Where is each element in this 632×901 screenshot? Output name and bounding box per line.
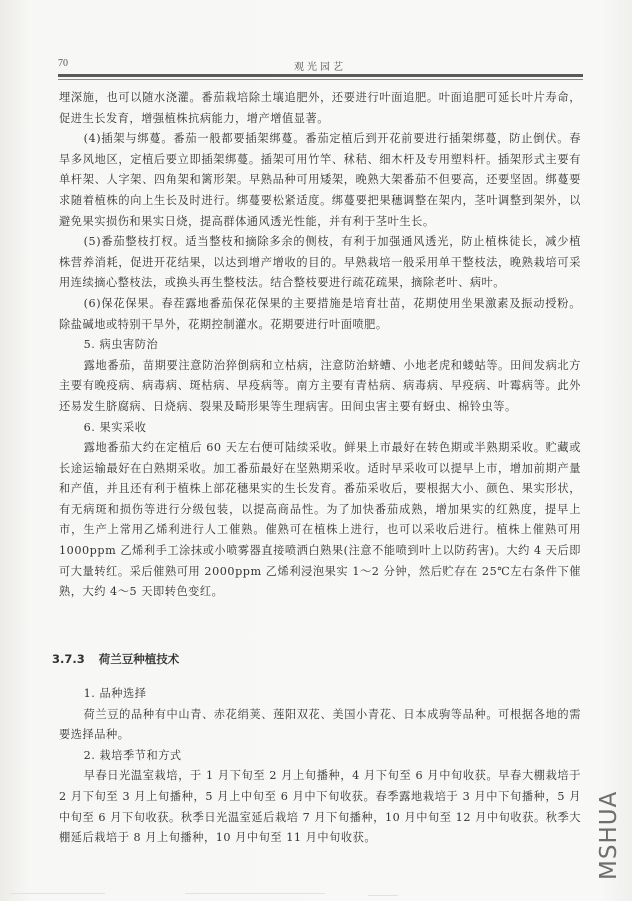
running-title: 观光园艺 <box>58 58 582 73</box>
paragraph-pest-control: 露地番茄，苗期要注意防治猝倒病和立枯病，注意防治蛴螬、小地老虎和蝼蛄等。田间发病… <box>59 356 581 418</box>
watermark: MSHUA <box>596 791 622 880</box>
body-text-bottom: 1. 品种选择 荷兰豆的品种有中山青、赤花绢荚、莲阳双花、美国小青花、日本成驹等… <box>59 684 581 849</box>
paragraph-stake-and-tie: (4)插架与绑蔓。番茄一般都要插架绑蔓。番茄定植后到开花前要进行插架绑蔓，防止倒… <box>59 129 581 232</box>
paragraph-pruning: (5)番茄整枝打杈。适当整枝和摘除多余的侧枝，有利于加强通风透光，防止植株徒长，… <box>59 232 581 294</box>
paragraph-cultivation-season: 早春日光温室栽培，于 1 月下旬至 2 月上旬播种，4 月下旬至 6 月中旬收获… <box>59 766 581 848</box>
section-number: 3.7.3 <box>52 652 85 666</box>
scan-artifact-line <box>185 893 325 894</box>
header-rule-thick <box>58 74 583 77</box>
document-page: 70 观光园艺 埋深施，也可以随水浇灌。番茄栽培除土壤追肥外，还要进行叶面追肥。… <box>0 0 632 901</box>
section-heading: 3.7.3荷兰豆种植技术 <box>52 651 179 667</box>
section-title: 荷兰豆种植技术 <box>99 652 180 666</box>
header-rule-thin <box>58 79 583 80</box>
subheading-cultivation-season: 2. 栽培季节和方式 <box>59 746 581 767</box>
paragraph-harvest: 露地番茄大约在定植后 60 天左右便可陆续采收。鲜果上市最好在转色期或半熟期采收… <box>59 438 581 603</box>
scan-artifact-line <box>10 893 105 894</box>
paragraph-flower-fruit-protection: (6)保花保果。春茬露地番茄保花保果的主要措施是培育壮苗，花期使用坐果激素及振动… <box>59 294 581 335</box>
subheading-harvest: 6. 果实采收 <box>59 418 581 439</box>
body-text-top: 埋深施，也可以随水浇灌。番茄栽培除土壤追肥外，还要进行叶面追肥。叶面追肥可延长叶… <box>59 88 581 603</box>
scan-artifact-line <box>368 895 398 896</box>
paragraph-continuation: 埋深施，也可以随水浇灌。番茄栽培除土壤追肥外，还要进行叶面追肥。叶面追肥可延长叶… <box>59 88 581 129</box>
subheading-variety-selection: 1. 品种选择 <box>59 684 581 705</box>
paragraph-variety-selection: 荷兰豆的品种有中山青、赤花绢荚、莲阳双花、美国小青花、日本成驹等品种。可根据各地… <box>59 705 581 746</box>
subheading-pest-control: 5. 病虫害防治 <box>59 335 581 356</box>
